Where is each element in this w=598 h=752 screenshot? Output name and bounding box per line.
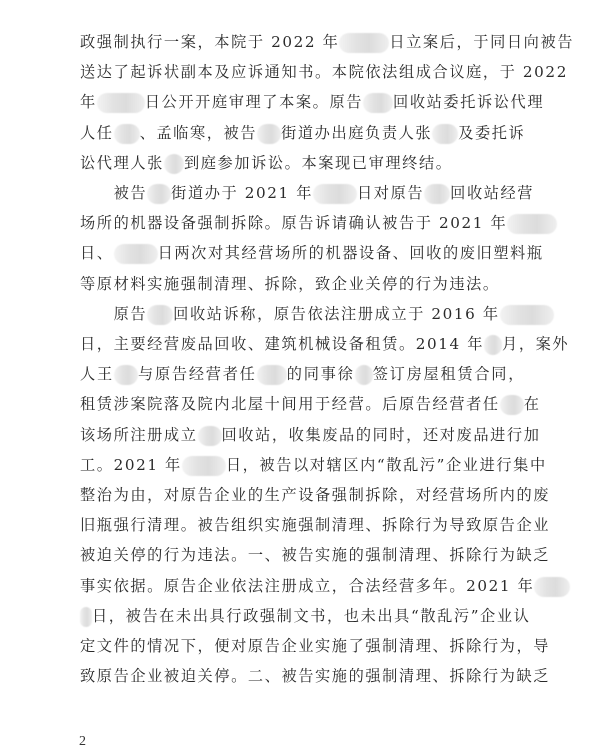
redacted-text-blur [313, 184, 357, 204]
text-segment: 送达了起诉状副本及应诉通知书。本院依法组成合议庭，于 2022 [80, 63, 568, 81]
redacted-text-blur [355, 365, 373, 385]
redacted-text-blur [363, 93, 393, 113]
text-segment: 在 [524, 395, 541, 413]
text-segment: 年 [80, 93, 97, 111]
text-line: 租赁涉案院落及院内北屋十间用于经营。后原告经营者任在 [80, 393, 525, 415]
text-segment: 定文件的情况下，便对原告企业实施了强制清理、拆除行为，导 [80, 637, 550, 655]
text-line: 被迫关停的行为违法。一、被告实施的强制清理、拆除行为缺乏 [80, 544, 525, 566]
text-segment: 回收站经营 [450, 184, 534, 202]
redacted-text-blur [424, 184, 450, 204]
text-segment: 事实依据。原告企业依法注册成立，合法经营多年。2021 年 [80, 577, 534, 595]
redacted-text-blur [257, 124, 281, 144]
text-line: 政强制执行一案，本院于 2022 年日立案后，于同日向被告 [80, 31, 525, 53]
text-segment: 工。2021 年 [80, 456, 182, 474]
text-line: 事实依据。原告企业依法注册成立，合法经营多年。2021 年 [80, 575, 525, 597]
redacted-text-blur [164, 154, 184, 174]
text-segment: 日两次对其经营场所的机器设备、回收的废旧塑料瓶 [158, 244, 544, 262]
text-segment: 致原告企业被迫关停。二、被告实施的强制清理、拆除行为缺乏 [80, 667, 550, 685]
text-segment: 旧瓶强行清理。被告组织实施强制清理、拆除行为导致原告企业 [80, 516, 550, 534]
text-line: 日，被告在未出具行政强制文书，也未出具“散乱污”企业认 [80, 605, 525, 627]
text-segment: 街道办出庭负责人张 [281, 124, 432, 142]
redacted-text-blur [80, 607, 92, 627]
text-line: 等原材料实施强制清理、拆除，致企业关停的行为违法。 [80, 273, 525, 295]
redacted-text-blur [500, 395, 524, 415]
text-segment: 到庭参加诉讼。本案现已审理终结。 [184, 154, 453, 172]
text-line: 日，主要经营废品回收、建筑机械设备租赁。2014 年月，案外 [80, 333, 525, 355]
text-line: 定文件的情况下，便对原告企业实施了强制清理、拆除行为，导 [80, 635, 525, 657]
text-segment: 回收站，收集废品的同时，还对废品进行加 [222, 426, 541, 444]
redacted-text-blur [339, 33, 389, 53]
redacted-text-blur [114, 244, 158, 264]
redacted-text-blur [147, 305, 173, 325]
text-segment: 被迫关停的行为违法。一、被告实施的强制清理、拆除行为缺乏 [80, 546, 550, 564]
text-segment: 日，主要经营废品回收、建筑机械设备租赁。2014 年 [80, 335, 484, 353]
text-segment: 回收站委托诉讼代理 [393, 93, 544, 111]
text-line: 工。2021 年日，被告以对辖区内“散乱污”企业进行集中 [80, 454, 525, 476]
text-line: 人任、孟临寒，被告街道办出庭负责人张及委托诉 [80, 122, 525, 144]
text-segment: 被告 [80, 184, 147, 202]
text-segment: 与原告经营者任 [138, 365, 257, 383]
redacted-text-blur [534, 577, 570, 597]
text-line: 整治为由，对原告企业的生产设备强制拆除，对经营场所内的废 [80, 484, 525, 506]
redacted-text-blur [484, 335, 502, 355]
text-line: 该场所注册成立回收站，收集废品的同时，还对废品进行加 [80, 424, 525, 446]
redacted-text-blur [182, 456, 226, 476]
text-segment: 签订房屋租赁合同， [373, 365, 525, 383]
text-line: 致原告企业被迫关停。二、被告实施的强制清理、拆除行为缺乏 [80, 665, 525, 687]
text-segment: 及委托诉 [458, 124, 525, 142]
text-line: 人王与原告经营者任的同事徐签订房屋租赁合同， [80, 363, 525, 385]
text-segment: 日公开开庭审理了本案。原告 [145, 93, 363, 111]
text-line: 场所的机器设备强制拆除。原告诉请确认被告于 2021 年 [80, 212, 525, 234]
text-segment: 月，案外 [502, 335, 569, 353]
text-line: 送达了起诉状副本及应诉通知书。本院依法组成合议庭，于 2022 [80, 61, 525, 83]
text-line: 日、日两次对其经营场所的机器设备、回收的废旧塑料瓶 [80, 242, 525, 264]
redacted-text-blur [257, 365, 287, 385]
text-segment: 的同事徐 [287, 365, 355, 383]
text-segment: 整治为由，对原告企业的生产设备强制拆除，对经营场所内的废 [80, 486, 550, 504]
text-segment: 日、 [80, 244, 114, 262]
redacted-text-blur [507, 214, 557, 234]
document-page: 政强制执行一案，本院于 2022 年日立案后，于同日向被告送达了起诉状副本及应诉… [0, 0, 598, 752]
redacted-text-blur [147, 184, 171, 204]
text-line: 旧瓶强行清理。被告组织实施强制清理、拆除行为导致原告企业 [80, 514, 525, 536]
redacted-text-blur [500, 305, 554, 325]
text-segment: 日立案后，于同日向被告 [389, 33, 574, 51]
text-segment: 人任 [80, 124, 114, 142]
text-segment: 、孟临寒，被告 [140, 124, 258, 142]
redacted-text-blur [432, 124, 458, 144]
text-segment: 场所的机器设备强制拆除。原告诉请确认被告于 2021 年 [80, 214, 507, 232]
redacted-text-blur [97, 93, 145, 113]
text-segment: 日对原告 [357, 184, 424, 202]
text-line: 讼代理人张到庭参加诉讼。本案现已审理终结。 [80, 152, 525, 174]
text-segment: 等原材料实施强制清理、拆除，致企业关停的行为违法。 [80, 275, 500, 293]
text-segment: 街道办于 2021 年 [171, 184, 313, 202]
text-segment: 该场所注册成立 [80, 426, 198, 444]
text-segment: 讼代理人张 [80, 154, 164, 172]
text-line: 原告回收站诉称，原告依法注册成立于 2016 年 [80, 303, 525, 325]
text-line: 年日公开开庭审理了本案。原告回收站委托诉讼代理 [80, 91, 525, 113]
text-segment: 租赁涉案院落及院内北屋十间用于经营。后原告经营者任 [80, 395, 500, 413]
text-segment: 政强制执行一案，本院于 2022 年 [80, 33, 339, 51]
text-segment: 回收站诉称，原告依法注册成立于 2016 年 [173, 305, 500, 323]
text-segment: 日，被告在未出具行政强制文书，也未出具“散乱污”企业认 [92, 607, 530, 625]
redacted-text-blur [198, 426, 222, 446]
redacted-text-blur [114, 365, 138, 385]
page-number: 2 [79, 733, 86, 751]
redacted-text-blur [114, 124, 140, 144]
text-segment: 日，被告以对辖区内“散乱污”企业进行集中 [226, 456, 547, 474]
text-segment: 原告 [80, 305, 147, 323]
text-line: 被告街道办于 2021 年日对原告回收站经营 [80, 182, 525, 204]
text-segment: 人王 [80, 365, 114, 383]
